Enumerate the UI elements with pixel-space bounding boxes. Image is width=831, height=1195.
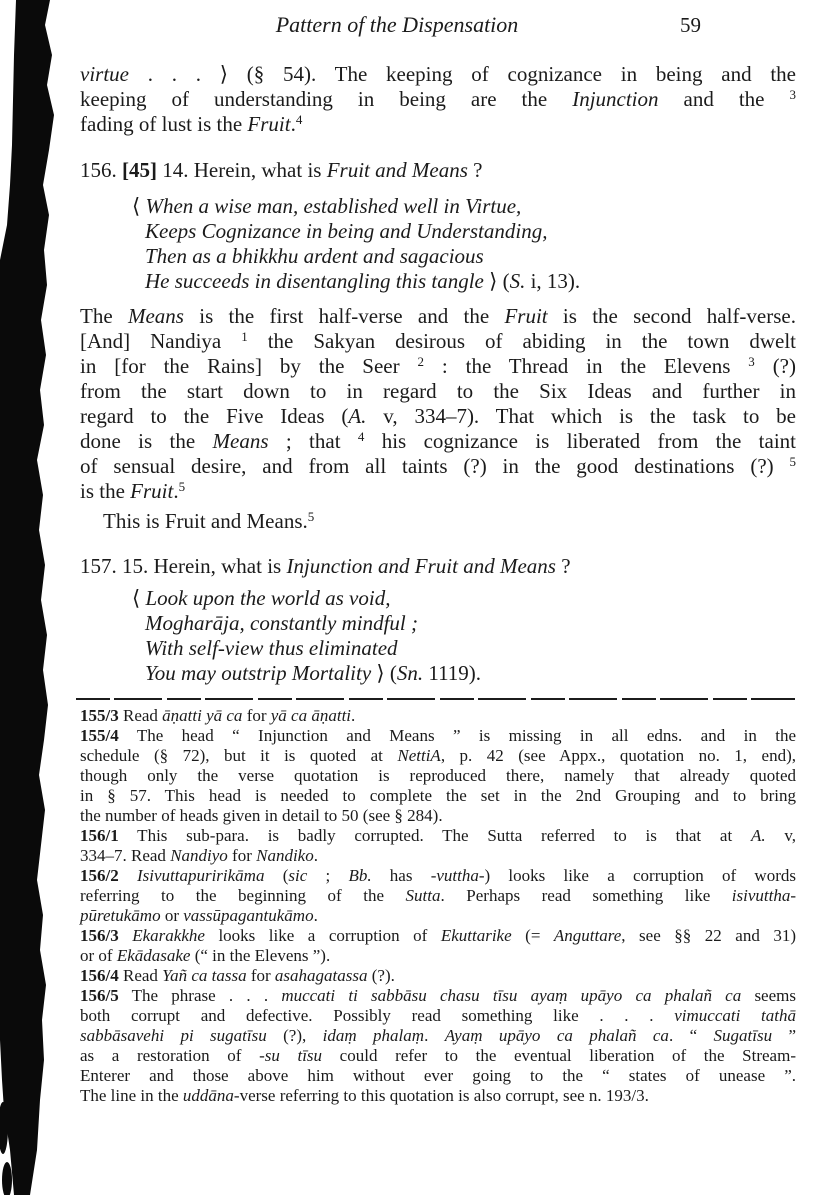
text-run: yā ca āṇatti	[271, 706, 351, 725]
text-line: [And] Nandiya 1 the Sakyan desirous of a…	[80, 329, 796, 354]
text-run	[119, 926, 133, 945]
text-run: ⟩ (	[484, 269, 510, 293]
text-run: muccati ti sabbāsu chasu tīsu ayaṃ upāyo…	[281, 986, 741, 1005]
verse-quotation-s-i-13: ⟨ When a wise man, established well in V…	[132, 194, 732, 294]
text-run: v, 334–7). That which is the task to be	[366, 404, 796, 428]
text-run: Fruit	[247, 112, 290, 136]
text-run: is the second half-verse.	[548, 304, 796, 328]
text-run: [And] Nandiya	[80, 329, 241, 353]
text-run: You may outstrip Mortality	[145, 661, 371, 685]
text-line: or of Ekādasake (“ in the Elevens ”).	[80, 946, 796, 966]
text-line: This is Fruit and Means.5	[80, 509, 796, 534]
text-run: ) looks like a corruption of words	[485, 866, 796, 885]
text-run: (?),	[267, 1026, 323, 1045]
text-line: 156/1 This sub-para. is badly corrupted.…	[80, 826, 796, 846]
ink-speck	[0, 978, 8, 1022]
text-line: 157. 15. Herein, what is Injunction and …	[80, 554, 796, 579]
text-line: keeping of understanding in being are th…	[80, 87, 796, 112]
text-run: Means	[128, 304, 184, 328]
text-line: as a restoration of -su tīsu could refer…	[80, 1046, 796, 1066]
text-run: the number of heads given in detail to 5…	[80, 806, 443, 825]
text-run: -verse referring to this quotation is al…	[234, 1086, 649, 1105]
text-run: isivuttha-	[732, 886, 796, 905]
text-run: Sugatīsu	[714, 1026, 773, 1045]
text-run: 156/3	[80, 926, 119, 945]
text-run: Enterer and those above him without ever…	[80, 1066, 796, 1085]
text-run: for	[242, 706, 270, 725]
text-line: schedule (§ 72), but it is quoted at Net…	[80, 746, 796, 766]
text-run: NettiA	[397, 746, 440, 765]
text-run: from the start down to in regard to the …	[80, 379, 796, 403]
verse-line: With self-view thus eliminated	[132, 636, 732, 661]
text-run: in [for the Rains] by the Seer	[80, 354, 418, 378]
text-run: and the	[659, 87, 790, 111]
paragraph-means-fruit: The Means is the first half-verse and th…	[80, 304, 796, 504]
text-run: Bb.	[348, 866, 371, 885]
text-run: 156/5	[80, 986, 119, 1005]
text-run: [45]	[122, 158, 157, 182]
text-run: could refer to the eventual liberation o…	[322, 1046, 796, 1065]
text-run: -su tīsu	[259, 1046, 322, 1065]
text-run: 156/2	[80, 866, 119, 885]
text-run: 1119).	[423, 661, 481, 685]
text-line: fading of lust is the Fruit.4	[80, 112, 796, 137]
text-run: Then as a bhikkhu ardent and sagacious	[145, 244, 484, 268]
text-run: , p. 42 (see Appx., quotation no. 1, end…	[441, 746, 796, 765]
text-run: done is the	[80, 429, 213, 453]
text-run: The head “ Injunction and Means ” is mis…	[119, 726, 796, 745]
text-run: ; that	[269, 429, 358, 453]
text-run: A.	[751, 826, 766, 845]
text-run: When a wise man, established well in Vir…	[145, 194, 521, 218]
text-line: in § 57. This head is needed to complete…	[80, 786, 796, 806]
text-run: This sub-para. is badly corrupted. The S…	[119, 826, 751, 845]
text-line: sabbāsavehi pi sugatīsu (?), idaṃ phalaṃ…	[80, 1026, 796, 1046]
text-run: ”	[772, 1026, 796, 1045]
text-run: ⟩ (	[371, 661, 397, 685]
text-run: Read	[119, 966, 162, 985]
verse-line: ⟨ Look upon the world as void,	[132, 586, 732, 611]
text-run: is the first half-verse and the	[184, 304, 505, 328]
text-run: He succeeds in disentangling this tangle	[145, 269, 484, 293]
text-run: Fruit and Means	[327, 158, 468, 182]
text-run: seems	[741, 986, 796, 1005]
text-run: as a restoration of	[80, 1046, 259, 1065]
text-run: Injunction and Fruit and Means	[286, 554, 555, 578]
text-run: . “	[669, 1026, 714, 1045]
text-line: The line in the uddāna-verse referring t…	[80, 1086, 796, 1106]
scanned-book-page: Pattern of the Dispensation 59 virtue . …	[0, 0, 831, 1195]
text-run: Nandiko	[256, 846, 314, 865]
text-run: .	[314, 846, 318, 865]
running-header-title: Pattern of the Dispensation	[80, 12, 714, 38]
text-run: (	[264, 866, 288, 885]
text-run: : the Thread in the Elevens	[424, 354, 748, 378]
paragraph-this-is-fruit: This is Fruit and Means.5	[80, 509, 796, 534]
text-run: Ekuttarike	[441, 926, 512, 945]
text-run: This is Fruit and Means.	[103, 509, 308, 533]
text-run: (“ in the Elevens ”).	[190, 946, 330, 965]
footnote-reference-superscript: 4	[296, 112, 303, 127]
footnote-reference-superscript: 5	[308, 509, 315, 524]
text-run: schedule (§ 72), but it is quoted at	[80, 746, 397, 765]
text-run: ⟨	[132, 194, 145, 218]
text-run: referring to the beginning of the	[80, 886, 406, 905]
text-run: Isivuttapuririkāma	[137, 866, 265, 885]
footnote-separator-rule	[76, 698, 795, 700]
text-run: vimuccati tathā	[674, 1006, 796, 1025]
text-run: Fruit	[130, 479, 173, 503]
text-run: Read	[119, 706, 162, 725]
text-run: the Sakyan desirous of abiding in the to…	[248, 329, 796, 353]
text-run: both corrupt and defective. Possibly rea…	[80, 1006, 674, 1025]
text-line: 155/4 The head “ Injunction and Means ” …	[80, 726, 796, 746]
text-run: is the	[80, 479, 130, 503]
footnote-156-2: 156/2 Isivuttapuririkāma (sic ; Bb. has …	[80, 866, 796, 926]
footnote-155-3: 155/3 Read āṇatti yā ca for yā ca āṇatti…	[80, 706, 796, 726]
text-run: -vuttha-	[431, 866, 485, 885]
text-run: in § 57. This head is needed to complete…	[80, 786, 796, 805]
text-run: Sn.	[397, 661, 423, 685]
text-run: . . . ⟩ (§ 54). The keeping of cognizanc…	[129, 62, 796, 86]
footnote-156-4: 156/4 Read Yañ ca tassa for asahagatassa…	[80, 966, 796, 986]
text-run: Look upon the world as void,	[145, 586, 390, 610]
text-run: Injunction	[572, 87, 658, 111]
text-run: Yañ ca tassa	[162, 966, 246, 985]
text-run: 334–7. Read	[80, 846, 170, 865]
text-run: sabbāsavehi pi sugatīsu	[80, 1026, 267, 1045]
text-line: referring to the beginning of the Sutta.…	[80, 886, 796, 906]
text-run: .	[424, 1026, 445, 1045]
verse-line: Then as a bhikkhu ardent and sagacious	[132, 244, 732, 269]
section-heading-157: 157. 15. Herein, what is Injunction and …	[80, 554, 796, 579]
text-run: Ekarakkhe	[132, 926, 205, 945]
text-line: 156/4 Read Yañ ca tassa for asahagatassa…	[80, 966, 796, 986]
verse-line: He succeeds in disentangling this tangle…	[132, 269, 732, 294]
text-run: vassūpagantukāmo	[183, 906, 313, 925]
text-run: i, 13).	[525, 269, 580, 293]
text-run: (?)	[755, 354, 796, 378]
text-run: or of	[80, 946, 117, 965]
paragraph-virtue-fruit: virtue . . . ⟩ (§ 54). The keeping of co…	[80, 62, 796, 137]
scan-gutter-artifact	[0, 0, 70, 1195]
text-run: uddāna	[183, 1086, 234, 1105]
text-run: A.	[348, 404, 366, 428]
text-run: 155/3	[80, 706, 119, 725]
verse-line: ⟨ When a wise man, established well in V…	[132, 194, 732, 219]
text-run: .	[351, 706, 355, 725]
footnote-156-5: 156/5 The phrase . . . muccati ti sabbās…	[80, 986, 796, 1106]
text-run: ⟨	[132, 586, 145, 610]
footnote-155-4: 155/4 The head “ Injunction and Means ” …	[80, 726, 796, 826]
text-line: regard to the Five Ideas (A. v, 334–7). …	[80, 404, 796, 429]
text-run: idaṃ phalaṃ	[323, 1026, 424, 1045]
text-run: With self-view thus eliminated	[145, 636, 398, 660]
text-run: his cognizance is liberated from the tai…	[364, 429, 796, 453]
text-run: Fruit	[504, 304, 547, 328]
text-run: ?	[556, 554, 571, 578]
text-line: in [for the Rains] by the Seer 2 : the T…	[80, 354, 796, 379]
text-run: ;	[307, 866, 348, 885]
text-run: keeping of understanding in being are th…	[80, 87, 572, 111]
text-run: regard to the Five Ideas (	[80, 404, 348, 428]
text-run: of sensual desire, and from all taints (…	[80, 454, 790, 478]
text-run: looks like a corruption of	[205, 926, 441, 945]
text-line: both corrupt and defective. Possibly rea…	[80, 1006, 796, 1026]
footnote-156-3: 156/3 Ekarakkhe looks like a corruption …	[80, 926, 796, 966]
text-run: virtue	[80, 62, 129, 86]
text-line: 156/2 Isivuttapuririkāma (sic ; Bb. has …	[80, 866, 796, 886]
text-line: 155/3 Read āṇatti yā ca for yā ca āṇatti…	[80, 706, 796, 726]
text-run: The line in the	[80, 1086, 183, 1105]
text-run: . Perhaps read something like	[441, 886, 732, 905]
text-run: for	[228, 846, 256, 865]
text-run: Mogharāja, constantly mindful ;	[145, 611, 418, 635]
text-run: pūretukāmo	[80, 906, 161, 925]
verse-line: Keeps Cognizance in being and Understand…	[132, 219, 732, 244]
text-line: though only the verse quotation is repro…	[80, 766, 796, 786]
text-line: from the start down to in regard to the …	[80, 379, 796, 404]
text-run: .	[314, 906, 318, 925]
text-run: Sutta	[406, 886, 441, 905]
text-line: The Means is the first half-verse and th…	[80, 304, 796, 329]
text-run: 156/1	[80, 826, 119, 845]
text-run: , see §§ 22 and 31)	[621, 926, 796, 945]
text-line: of sensual desire, and from all taints (…	[80, 454, 796, 479]
text-run: Means	[213, 429, 269, 453]
footnote-reference-superscript: 5	[179, 479, 186, 494]
text-line: 334–7. Read Nandiyo for Nandiko.	[80, 846, 796, 866]
text-run: 157. 15. Herein, what is	[80, 554, 286, 578]
text-line: Enterer and those above him without ever…	[80, 1066, 796, 1086]
text-run: 14. Herein, what is	[157, 158, 327, 182]
text-run: Ayaṃ upāyo ca phalañ ca	[445, 1026, 669, 1045]
text-run: fading of lust is the	[80, 112, 247, 136]
verse-line: You may outstrip Mortality ⟩ (Sn. 1119).	[132, 661, 732, 686]
text-run: though only the verse quotation is repro…	[80, 766, 796, 785]
footnotes-block: 155/3 Read āṇatti yā ca for yā ca āṇatti…	[80, 706, 796, 1106]
text-run: 156.	[80, 158, 122, 182]
text-run: ?	[468, 158, 483, 182]
text-run: (=	[512, 926, 554, 945]
text-line: 156/3 Ekarakkhe looks like a corruption …	[80, 926, 796, 946]
footnote-reference-superscript: 3	[790, 87, 797, 102]
text-run: The phrase . . .	[119, 986, 282, 1005]
text-run: 155/4	[80, 726, 119, 745]
text-run: asahagatassa	[275, 966, 368, 985]
text-run: Anguttare	[554, 926, 621, 945]
ink-speck	[2, 1162, 12, 1195]
text-run	[119, 866, 137, 885]
footnote-reference-superscript: 5	[790, 454, 797, 469]
footnote-156-1: 156/1 This sub-para. is badly corrupted.…	[80, 826, 796, 866]
verse-quotation-sn-1119: ⟨ Look upon the world as void,Mogharāja,…	[132, 586, 732, 686]
text-run: Keeps Cognizance in being and Understand…	[145, 219, 547, 243]
text-line: is the Fruit.5	[80, 479, 796, 504]
text-line: virtue . . . ⟩ (§ 54). The keeping of co…	[80, 62, 796, 87]
text-run: has	[372, 866, 431, 885]
text-line: 156. [45] 14. Herein, what is Fruit and …	[80, 158, 796, 183]
text-run: Ekādasake	[117, 946, 191, 965]
text-run: S.	[510, 269, 526, 293]
section-heading-156: 156. [45] 14. Herein, what is Fruit and …	[80, 158, 796, 183]
text-line: 156/5 The phrase . . . muccati ti sabbās…	[80, 986, 796, 1006]
text-line: done is the Means ; that 4 his cognizanc…	[80, 429, 796, 454]
text-run: The	[80, 304, 128, 328]
text-run: for	[247, 966, 275, 985]
text-line: the number of heads given in detail to 5…	[80, 806, 796, 826]
text-line: pūretukāmo or vassūpagantukāmo.	[80, 906, 796, 926]
text-run: (?).	[367, 966, 394, 985]
verse-line: Mogharāja, constantly mindful ;	[132, 611, 732, 636]
page-number: 59	[680, 13, 701, 38]
text-run: Nandiyo	[170, 846, 228, 865]
text-run: or	[161, 906, 184, 925]
text-run: sic	[288, 866, 307, 885]
text-run: v,	[766, 826, 796, 845]
text-run: 156/4	[80, 966, 119, 985]
text-run: āṇatti yā ca	[162, 706, 242, 725]
